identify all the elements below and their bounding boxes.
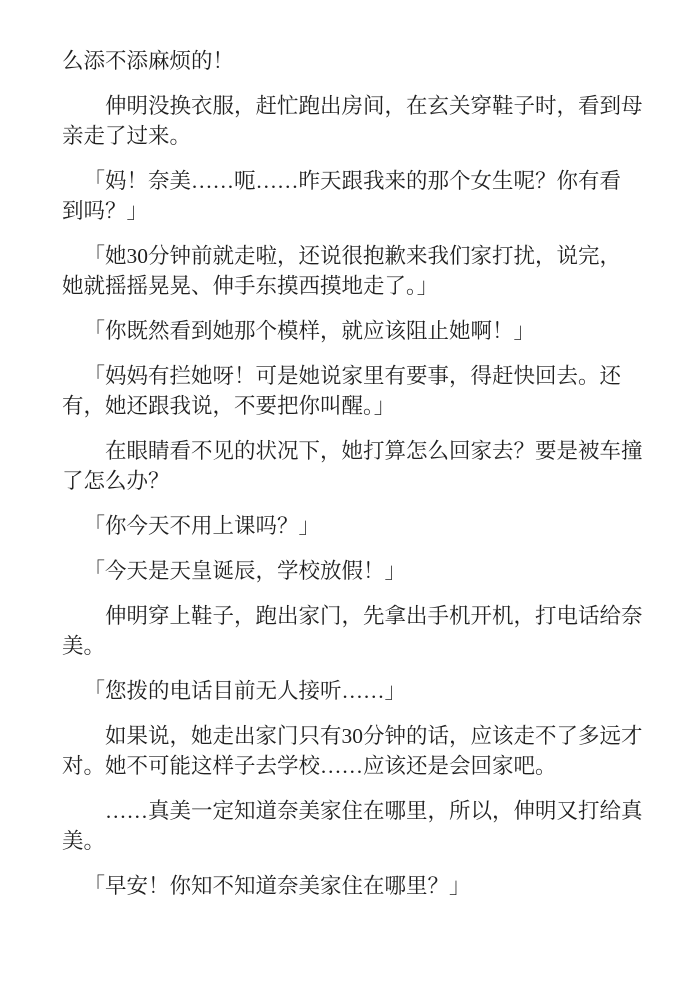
paragraph: 「今天是天皇诞辰，学校放假！」 bbox=[62, 556, 647, 586]
paragraph: 「妈！奈美……呃……昨天跟我来的那个女生呢？你有看 到吗？」 bbox=[62, 166, 647, 226]
paragraph: 么添不添麻烦的！ bbox=[62, 46, 647, 76]
paragraph: 「您拨的电话目前无人接听……」 bbox=[62, 676, 647, 706]
paragraph: 如果说，她走出家门只有30分钟的话，应该走不了多远才 对。她不可能这样子去学校…… bbox=[62, 721, 647, 781]
paragraph: 伸明没换衣服，赶忙跑出房间，在玄关穿鞋子时，看到母 亲走了过来。 bbox=[62, 91, 647, 151]
book-page: 么添不添麻烦的！伸明没换衣服，赶忙跑出房间，在玄关穿鞋子时，看到母 亲走了过来。… bbox=[0, 0, 700, 992]
paragraph: 「早安！你知不知道奈美家住在哪里？」 bbox=[62, 871, 647, 901]
paragraph: 「你既然看到她那个模样，就应该阻止她啊！」 bbox=[62, 316, 647, 346]
paragraph: ……真美一定知道奈美家住在哪里，所以，伸明又打给真 美。 bbox=[62, 796, 647, 856]
paragraph: 在眼睛看不见的状况下，她打算怎么回家去？要是被车撞 了怎么办？ bbox=[62, 436, 647, 496]
paragraph: 「你今天不用上课吗？」 bbox=[62, 511, 647, 541]
paragraph: 伸明穿上鞋子，跑出家门，先拿出手机开机，打电话给奈 美。 bbox=[62, 601, 647, 661]
page-content: 么添不添麻烦的！伸明没换衣服，赶忙跑出房间，在玄关穿鞋子时，看到母 亲走了过来。… bbox=[62, 46, 647, 901]
paragraph: 「妈妈有拦她呀！可是她说家里有要事，得赶快回去。还 有，她还跟我说，不要把你叫醒… bbox=[62, 361, 647, 421]
paragraph: 「她30分钟前就走啦，还说很抱歉来我们家打扰，说完， 她就摇摇晃晃、伸手东摸西摸… bbox=[62, 241, 647, 301]
